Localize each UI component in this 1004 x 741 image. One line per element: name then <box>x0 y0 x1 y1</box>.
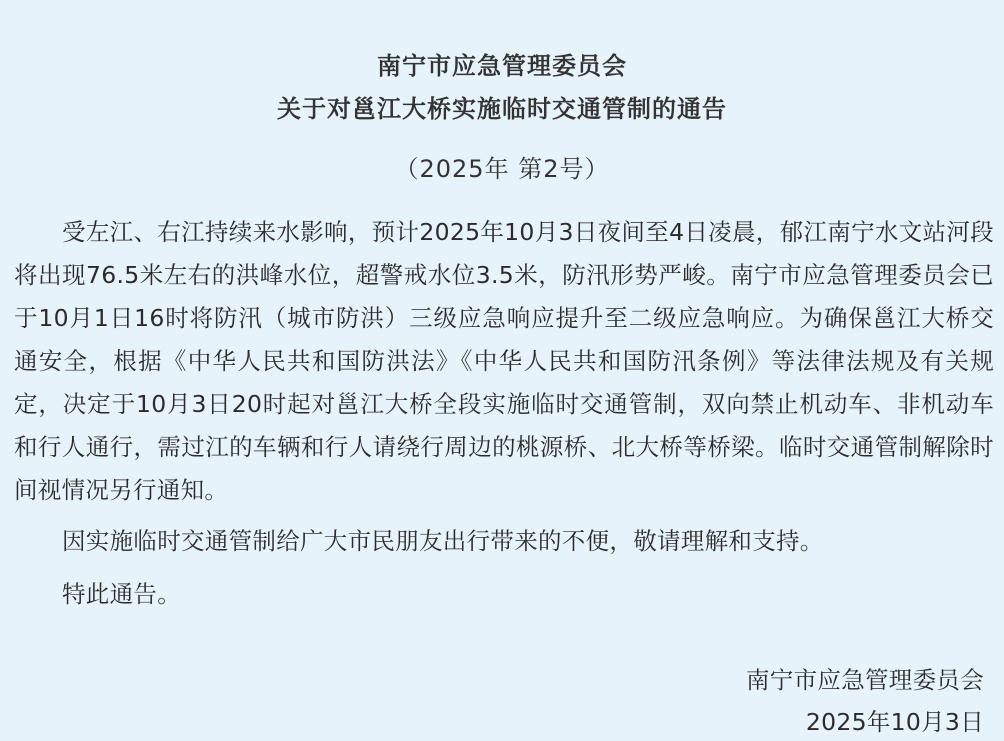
issuer-title: 南宁市应急管理委员会 <box>0 46 1004 81</box>
notice-document: 南宁市应急管理委员会 关于对邕江大桥实施临时交通管制的通告 （2025年 第2号… <box>0 0 1004 741</box>
body-paragraph-main: 受左江、右江持续来水影响，预计2025年10月3日夜间至4日凌晨，郁江南宁水文站… <box>14 211 994 512</box>
document-number: （2025年 第2号） <box>0 149 1004 184</box>
signature-date: 2025年10月3日 <box>806 703 984 737</box>
body-paragraph-closing: 特此通告。 <box>14 573 994 616</box>
notice-title: 关于对邕江大桥实施临时交通管制的通告 <box>0 89 1004 124</box>
body-paragraph-apology: 因实施临时交通管制给广大市民朋友出行带来的不便，敬请理解和支持。 <box>14 520 994 563</box>
signature-organization: 南宁市应急管理委员会 <box>746 661 984 695</box>
